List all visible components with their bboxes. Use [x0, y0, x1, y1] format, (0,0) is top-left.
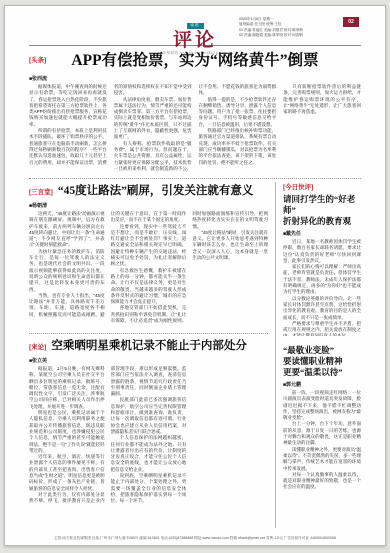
article-right-2-title-line1: “最敬业变脸”: [283, 345, 361, 356]
article-right-1-author: ■戴先任: [283, 230, 361, 237]
article-bottom-body: 据报道，1月5日晚，有网友爆料称，某航空公司空乘人员在社交平台晒出多位明星的乘机…: [29, 366, 268, 506]
article-middle: [三言堂] “45度让路法”刷屏，引发关注就有意义 ■杨朝清 这两天，“45度让…: [29, 182, 268, 329]
article-right-1-label: [今日快评]: [283, 182, 361, 191]
newspaper-page: 南都 评论 来稿邮箱 nandupinglun@126.com 2020年1月6…: [4, 5, 386, 546]
divider: [29, 178, 361, 179]
article-right-1-title-line2: 折射异化的教育观: [283, 216, 361, 227]
article-top-title: APP有偿抢票，实为“网络黄牛”倒票: [29, 52, 361, 70]
article-right-2-author: ■郭元鹏: [283, 381, 361, 388]
article-middle-body: 这两天，“45度让路法”动画演示视频在朋友圈刷屏。视频中，后方有救护车驶来，前方…: [29, 211, 268, 329]
article-right-1-body: 近日，某地一名教师因体罚学生被停职，数百名家长却联名请愿，要求让这位“认真负责的…: [283, 239, 361, 336]
article-right-1-title-line1: 请回打学生的“好老师”: [283, 194, 361, 216]
article-right-1: [今日快评] 请回打学生的“好老师” 折射异化的教育观 ■戴先任 近日，某地一名…: [283, 182, 361, 336]
article-middle-label: [三言堂]: [29, 187, 53, 196]
article-top: [头条] APP有偿抢票，实为“网络黄牛”倒票 ■张西流 据媒体报道，中午刚查询…: [29, 49, 361, 174]
article-bottom: [来论] 空乘晒明星乘机记录不能止于内部处分 ■张立美 据报道，1月5日晚，有网…: [29, 337, 268, 506]
right-column: [今日快评] 请回打学生的“好老师” 折射异化的教育观 ■戴先任 近日，某地一名…: [275, 182, 361, 528]
divider: [29, 333, 268, 334]
article-bottom-label: [来论]: [29, 342, 46, 351]
issue-info: 2020年1月6日 星期一 值班编委:任天阳 统筹:王佳 01 责编:易福红 美…: [239, 17, 331, 39]
article-bottom-title: 空乘晒明星乘机记录不能止于内部处分: [51, 339, 247, 353]
page-number-badge: 02: [343, 17, 359, 27]
article-middle-title: “45度让路法”刷屏，引发关注就有意义: [58, 184, 254, 198]
article-right-2-title-line3: 更要“温柔以待”: [283, 367, 361, 378]
article-right-2: “最敬业变脸” 要读懂职业精神 更要“温柔以待” ■郭元鹏 前一阵，一段视频走红…: [283, 345, 361, 506]
masthead-tag: 南都: [187, 23, 204, 29]
article-right-2-title-line2: 要读懂职业精神: [283, 356, 361, 367]
article-top-body: 据媒体报道，中午刚查询的时候还显示有余票，等吃完饭回来再看就没了。春运抢票进入白…: [29, 84, 361, 174]
article-top-label: [头条]: [29, 55, 46, 64]
article-top-author: ■张西流: [29, 75, 361, 82]
masthead: 南都 评论 来稿邮箱 nandupinglun@126.com 2020年1月6…: [29, 13, 361, 46]
publication-info: 主管:南方报业传媒集团 社址:广州市广州大道中289号 邮编:510601 电话…: [15, 536, 375, 541]
article-bottom-author: ■张立美: [29, 357, 268, 364]
article-right-2-body: 前一阵，一段视频走红网络：一位川剧演员表演变脸时道具突发故障，脸谱迟迟揭不下来，…: [283, 390, 361, 506]
article-middle-author: ■杨朝清: [29, 202, 268, 209]
issue-page02-credits: 02 责编:谢艳霞 美编:林军明 校对:何春钢: [239, 33, 331, 38]
